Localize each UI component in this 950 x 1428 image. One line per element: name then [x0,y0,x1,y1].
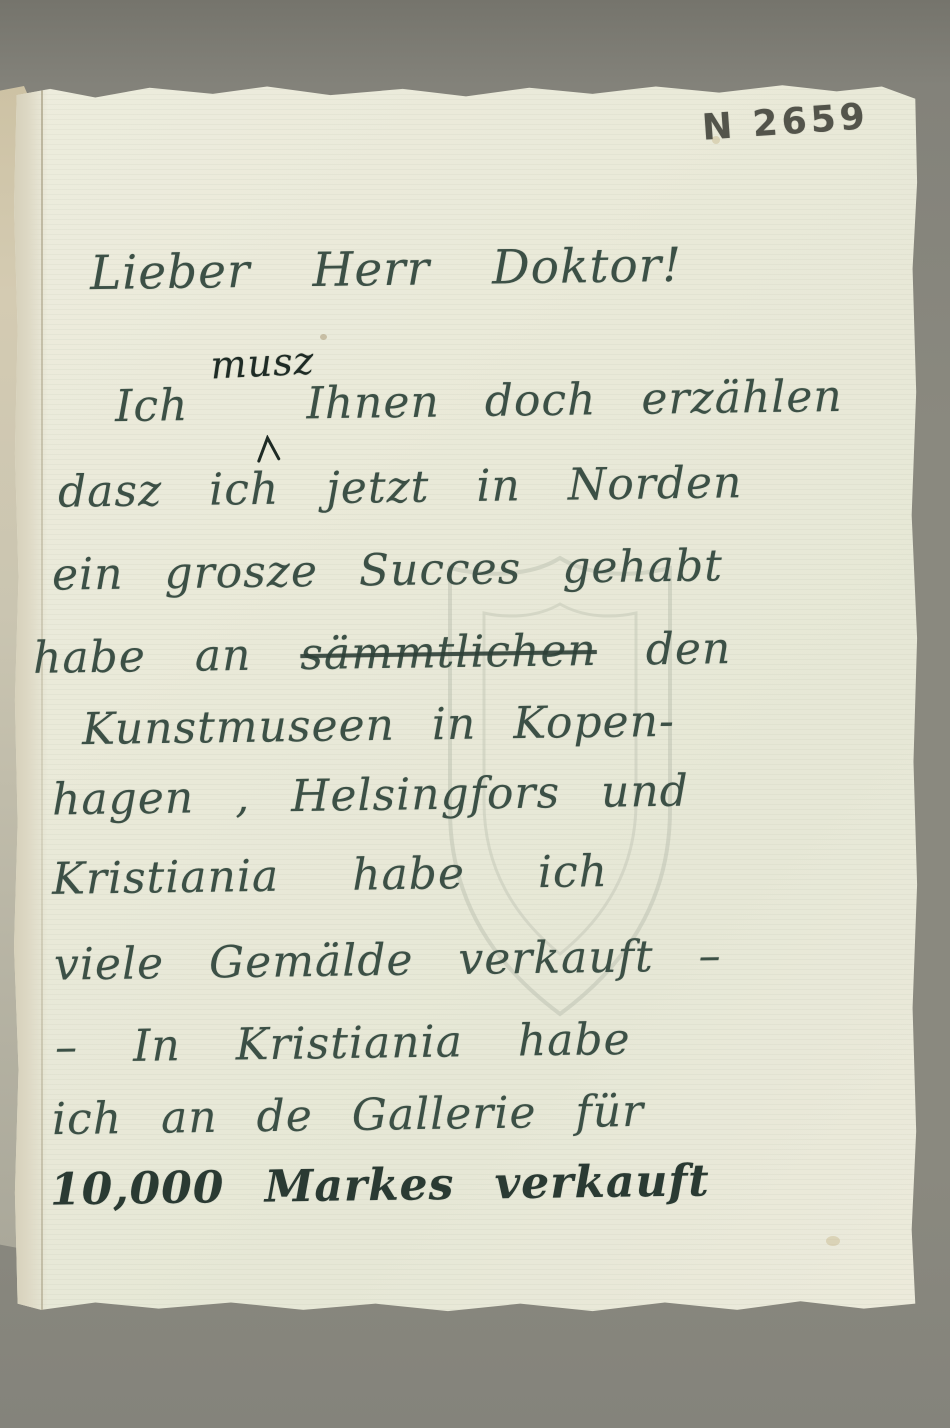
line-text-before: Ich [115,380,189,432]
line-text-before: habe an [33,630,252,684]
struck-word: sämmtlichen [300,625,597,680]
handwritten-line: – In Kristiania habe [55,1014,631,1073]
handwritten-line: ein grosze Succes gehabt [52,540,724,600]
photograph-backdrop: { "page": { "background_color": "#8a897f… [0,0,950,1428]
handwritten-line: 10,000 Markes verkauft [50,1155,710,1215]
line-text-after: Ihnen doch erzählen [306,371,843,429]
foxing-spot [712,136,720,144]
handwritten-line: hagen , Helsingfors und [52,766,690,826]
handwritten-line: ich an de Gallerie für [52,1086,645,1145]
handwritten-line: Kristiania habe ich [52,846,609,905]
handwritten-line: viele Gemälde verkauft – [54,930,722,990]
foxing-spot [320,334,327,340]
line-text-after: den [645,623,731,675]
catalog-number: N 2659 [701,96,870,149]
handwritten-line: Kunstmuseen in Kopen- [82,696,676,755]
inserted-word: musz [209,339,315,388]
handwritten-line: dasz ich jetzt in Norden [58,457,743,518]
foxing-spot [826,1236,840,1246]
letter-page: N 2659 Lieber Herr Doktor! IchmuszIhnen … [14,84,918,1316]
handwritten-line: IchmuszIhnen doch erzählen [115,371,843,432]
handwritten-line: habe an sämmtlichen den [33,623,732,684]
page-fold-line [41,84,43,1316]
handwritten-line: Lieber Herr Doktor! [90,238,683,301]
